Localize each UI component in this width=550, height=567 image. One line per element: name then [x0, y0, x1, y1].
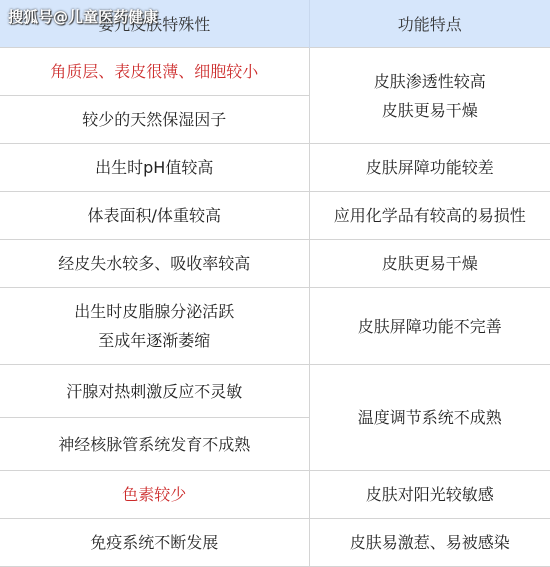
- cell-left: 汗腺对热刺激反应不灵敏: [0, 365, 309, 418]
- cell-line: 出生时皮脂腺分泌活跃: [74, 302, 234, 321]
- cell-left: 色素较少: [0, 471, 309, 519]
- table-row: 角质层、表皮很薄、细胞较小 皮肤渗透性较高皮肤更易干燥: [0, 48, 550, 96]
- cell-left: 免疫系统不断发展: [0, 519, 309, 567]
- cell-left: 经皮失水较多、吸收率较高: [0, 240, 309, 288]
- skin-comparison-table: 婴儿皮肤特殊性 功能特点 角质层、表皮很薄、细胞较小 皮肤渗透性较高皮肤更易干燥…: [0, 0, 550, 567]
- cell-right: 皮肤对阳光较敏感: [309, 471, 550, 519]
- cell-left: 体表面积/体重较高: [0, 192, 309, 240]
- cell-left: 出生时皮脂腺分泌活跃至成年逐渐萎缩: [0, 288, 309, 365]
- watermark: 搜狐号@儿童医药健康: [8, 6, 158, 27]
- cell-right-merged: 温度调节系统不成熟: [309, 365, 550, 471]
- table-row: 经皮失水较多、吸收率较高 皮肤更易干燥: [0, 240, 550, 288]
- cell-left: 较少的天然保湿因子: [0, 96, 309, 144]
- cell-line: 皮肤渗透性较高: [374, 72, 486, 91]
- cell-right-merged: 皮肤渗透性较高皮肤更易干燥: [309, 48, 550, 144]
- header-function: 功能特点: [309, 0, 550, 48]
- table-row: 体表面积/体重较高 应用化学品有较高的易损性: [0, 192, 550, 240]
- table-row: 汗腺对热刺激反应不灵敏 温度调节系统不成熟: [0, 365, 550, 418]
- table-row: 出生时皮脂腺分泌活跃至成年逐渐萎缩 皮肤屏障功能不完善: [0, 288, 550, 365]
- cell-left: 角质层、表皮很薄、细胞较小: [0, 48, 309, 96]
- cell-right: 皮肤屏障功能较差: [309, 144, 550, 192]
- cell-right: 皮肤更易干燥: [309, 240, 550, 288]
- cell-right: 应用化学品有较高的易损性: [309, 192, 550, 240]
- table-row: 色素较少 皮肤对阳光较敏感: [0, 471, 550, 519]
- cell-right: 皮肤屏障功能不完善: [309, 288, 550, 365]
- cell-line: 至成年逐渐萎缩: [98, 331, 210, 350]
- table-row: 免疫系统不断发展 皮肤易激惹、易被感染: [0, 519, 550, 567]
- cell-left: 神经核脉管系统发育不成熟: [0, 418, 309, 471]
- table-row: 出生时pH值较高 皮肤屏障功能较差: [0, 144, 550, 192]
- cell-left: 出生时pH值较高: [0, 144, 309, 192]
- cell-line: 皮肤更易干燥: [382, 101, 478, 120]
- cell-right: 皮肤易激惹、易被感染: [309, 519, 550, 567]
